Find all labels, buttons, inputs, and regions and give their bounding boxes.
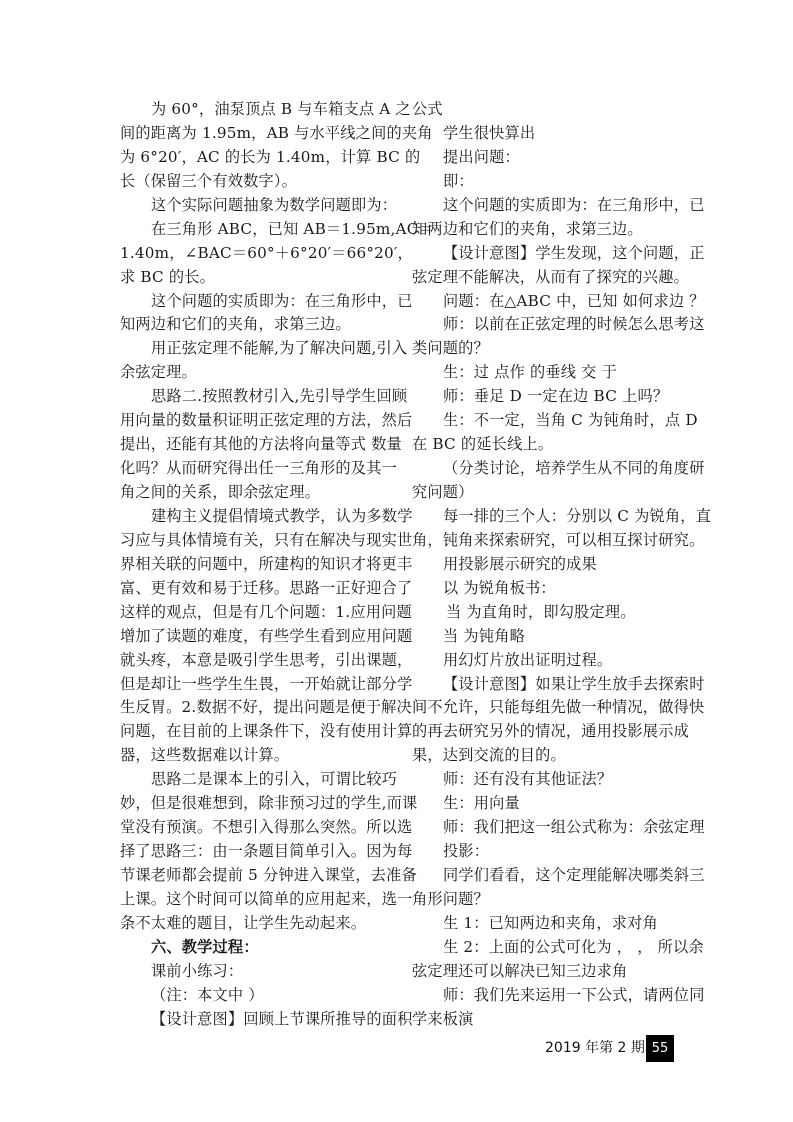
text-line: 【设计意图】回顾上节课所推导的面积	[120, 1008, 386, 1032]
text-line: 师：我们把这一组公式称为：余弦定理	[412, 816, 678, 840]
text-line: 【设计意图】如果让学生放手去探索时	[412, 673, 678, 697]
text-line: 弦定理还可以解决已知三边求角	[412, 960, 678, 984]
text-line: 师：以前在正弦定理的时候怎么思考这	[412, 313, 678, 337]
text-line: 但是却让一些学生生畏，一开始就让部分学	[120, 673, 386, 697]
text-line: 类问题的？	[412, 337, 678, 361]
text-line: 节课老师都会提前 5 分钟进入课堂，去准备	[120, 864, 386, 888]
text-line: 当 为钝角略	[412, 625, 678, 649]
text-line: 习应与具体情境有关，只有在解决与现实世	[120, 529, 386, 553]
text-line: 这个问题的实质即为：在三角形中，已	[412, 194, 678, 218]
text-line: 师：还有没有其他证法？	[412, 768, 678, 792]
text-line: （分类讨论，培养学生从不同的角度研	[412, 457, 678, 481]
text-line: 间不允许，只能每组先做一种情况，做得快	[412, 696, 678, 720]
text-line: 长（保留三个有效数字）。	[120, 170, 386, 194]
text-line: 生反胃。2.数据不好，提出问题是便于解决	[120, 696, 386, 720]
text-line: 以 为锐角板书：	[412, 577, 678, 601]
text-line: 思路二.按照教材引入,先引导学生回顾	[120, 385, 386, 409]
text-line: 生：用向量	[412, 792, 678, 816]
text-line: 公式	[412, 98, 678, 122]
text-line: 上课。这个时间可以简单的应用起来，选一	[120, 888, 386, 912]
text-line: 1.40m，∠BAC＝60°＋6°20′＝66°20′，	[120, 242, 386, 266]
text-line: 同学们看看，这个定理能解决哪类斜三	[412, 864, 678, 888]
text-line: 用幻灯片放出证明过程。	[412, 649, 678, 673]
text-line: 用正弦定理不能解,为了解决问题,引入	[120, 337, 386, 361]
text-line: 求 BC 的长。	[120, 266, 386, 290]
text-line: 师：垂足 D 一定在边 BC 上吗？	[412, 385, 678, 409]
text-line: 角之间的关系，即余弦定理。	[120, 481, 386, 505]
text-line: 思路二是课本上的引入，可谓比较巧	[120, 768, 386, 792]
text-line: 角形问题？	[412, 888, 678, 912]
text-line: 妙，但是很难想到，除非预习过的学生,而课	[120, 792, 386, 816]
text-line: 界相关联的问题中，所建构的知识才将更丰	[120, 553, 386, 577]
text-line: 建构主义提倡情境式教学，认为多数学	[120, 505, 386, 529]
text-line: 间的距离为 1.95m，AB 与水平线之间的夹角	[120, 122, 386, 146]
text-line: 富、更有效和易于迁移。思路一正好迎合了	[120, 577, 386, 601]
text-line: 在三角形 ABC，已知 AB＝1.95m,AC＝	[120, 218, 386, 242]
text-line: 用投影展示研究的成果	[412, 553, 678, 577]
text-line: 学生很快算出	[412, 122, 678, 146]
text-line: 果，达到交流的目的。	[412, 744, 678, 768]
text-line: 这个实际问题抽象为数学问题即为：	[120, 194, 386, 218]
text-line: 堂没有预演。不想引入得那么突然。所以选	[120, 816, 386, 840]
text-line: 就头疼，本意是吸引学生思考，引出课题，	[120, 649, 386, 673]
text-line: 用向量的数量积证明正弦定理的方法，然后	[120, 409, 386, 433]
issue-label: 2019 年第 2 期	[545, 1037, 645, 1057]
text-line: 角，钝角来探索研究，可以相互探讨研究。	[412, 529, 678, 553]
text-line: 在 BC 的延长线上。	[412, 433, 678, 457]
text-line: 择了思路三：由一条题目简单引入。因为每	[120, 840, 386, 864]
text-line: 条不太难的题目，让学生先动起来。	[120, 912, 386, 936]
text-line: 器，这些数据难以计算。	[120, 744, 386, 768]
text-line: 课前小练习：	[120, 960, 386, 984]
text-line: 投影：	[412, 840, 678, 864]
text-line: 的再去研究另外的情况，通用投影展示成	[412, 720, 678, 744]
text-line: 即：	[412, 170, 678, 194]
text-line: 师：我们先来运用一下公式，请两位同	[412, 984, 678, 1008]
text-line: 生：不一定，当角 C 为钝角时，点 D	[412, 409, 678, 433]
text-line: 六、教学过程：	[120, 936, 386, 960]
text-line: 生 2：上面的公式可化为 ， ， 所以余	[412, 936, 678, 960]
right-column: 公式学生很快算出提出问题：即：这个问题的实质即为：在三角形中，已知两边和它们的夹…	[412, 98, 678, 1032]
text-line: 提出，还能有其他的方法将向量等式 数量	[120, 433, 386, 457]
text-line: 提出问题：	[412, 146, 678, 170]
text-line: 生 1：已知两边和夹角，求对角	[412, 912, 678, 936]
page-number: 55	[646, 1035, 674, 1062]
text-line: 生：过 点作 的垂线 交 于	[412, 361, 678, 385]
left-column: 为 60°，油泵顶点 B 与车箱支点 A 之间的距离为 1.95m，AB 与水平…	[120, 98, 386, 1032]
text-line: 余弦定理。	[120, 361, 386, 385]
text-line: 为 6°20′，AC 的长为 1.40m，计算 BC 的	[120, 146, 386, 170]
text-line: 这个问题的实质即为：在三角形中，已	[120, 290, 386, 314]
text-line: 弦定理不能解决，从而有了探究的兴趣。	[412, 266, 678, 290]
text-line: 【设计意图】学生发现，这个问题，正	[412, 242, 678, 266]
text-line: 增加了读题的难度，有些学生看到应用问题	[120, 625, 386, 649]
text-line: 为 60°，油泵顶点 B 与车箱支点 A 之	[120, 98, 386, 122]
text-line: 这样的观点，但是有几个问题：1.应用问题	[120, 601, 386, 625]
text-line: 当 为直角时，即勾股定理。	[412, 601, 678, 625]
text-line: 知两边和它们的夹角，求第三边。	[412, 218, 678, 242]
text-line: （注：本文中 ）	[120, 984, 386, 1008]
text-line: 化吗？从而研究得出任一三角形的及其一	[120, 457, 386, 481]
text-line: 每一排的三个人：分别以 C 为锐角，直	[412, 505, 678, 529]
text-line: 究问题）	[412, 481, 678, 505]
text-line: 问题，在目前的上课条件下，没有使用计算	[120, 720, 386, 744]
text-line: 知两边和它们的夹角，求第三边。	[120, 313, 386, 337]
text-line: 学来板演	[412, 1008, 678, 1032]
text-line: 问题：在△ABC 中，已知 如何求边 ？	[412, 290, 678, 314]
